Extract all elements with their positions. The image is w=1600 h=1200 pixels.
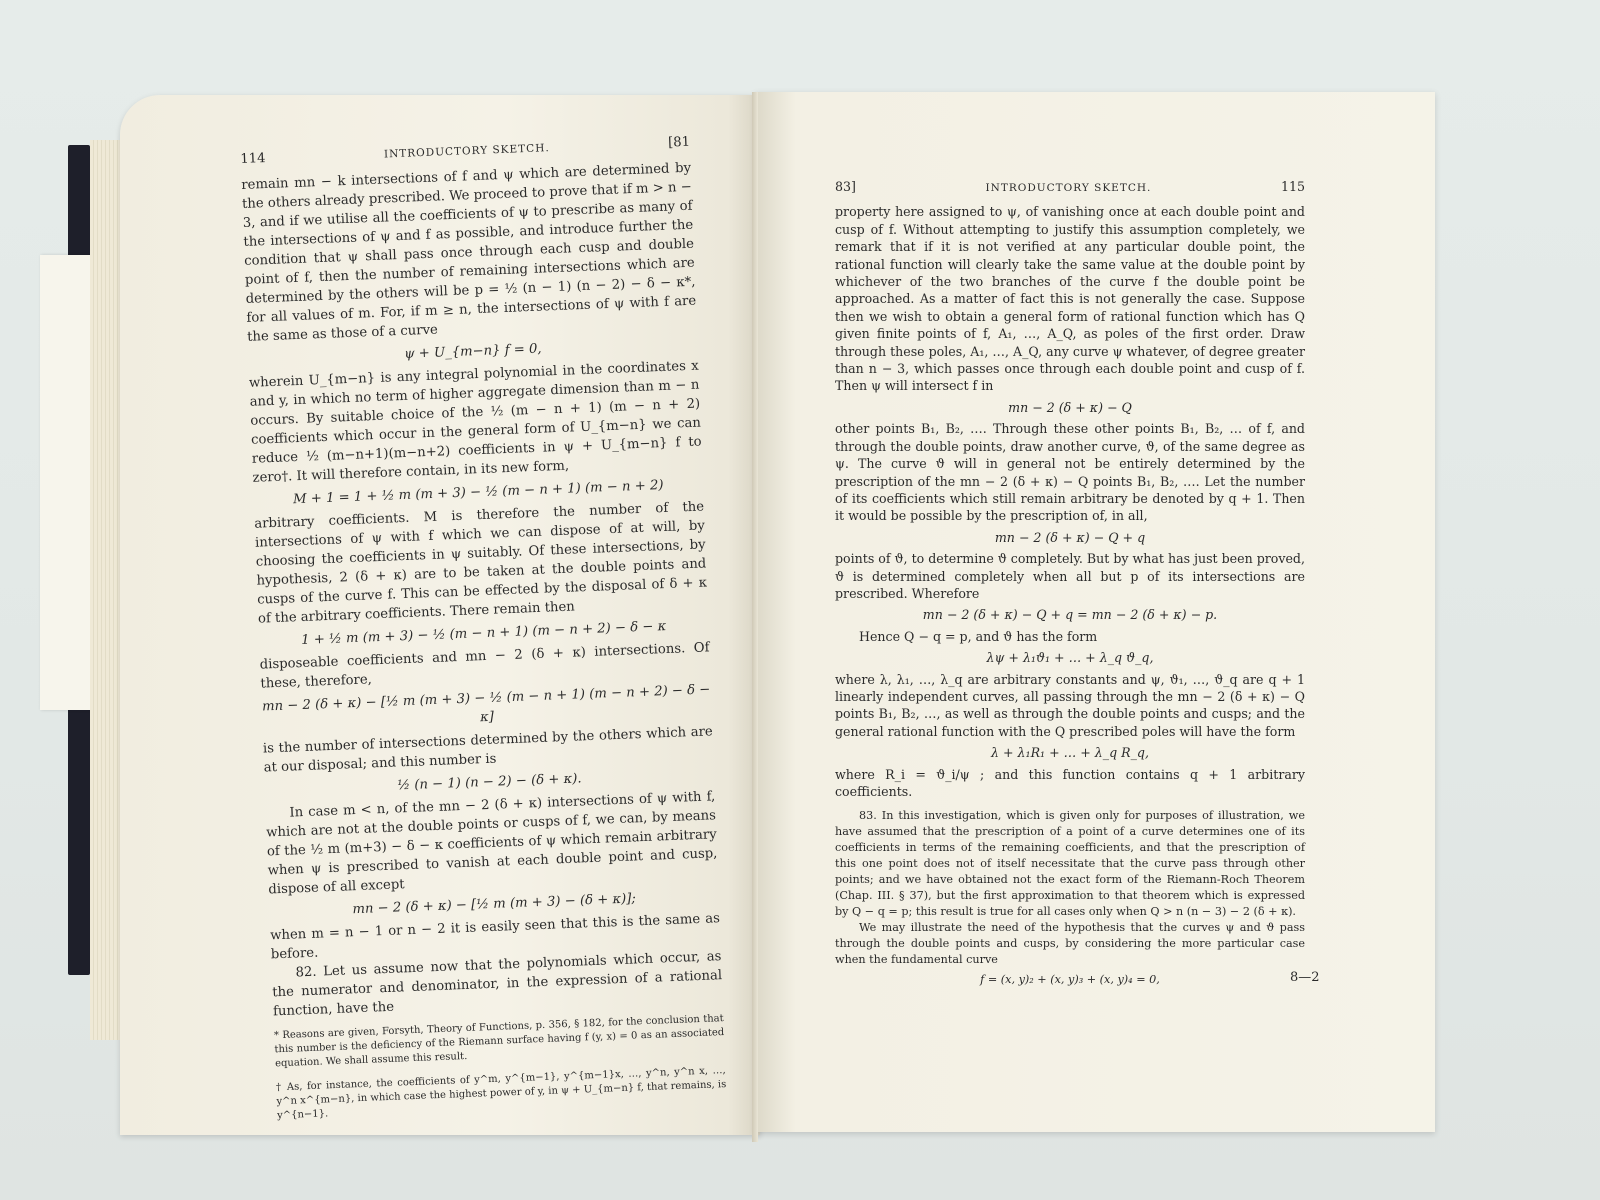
equation: mn − 2 (δ + κ) − Q [835, 399, 1305, 416]
section-ref: 83] [835, 178, 856, 195]
paragraph: We may illustrate the need of the hypoth… [835, 920, 1305, 968]
paragraph: property here assigned to ψ, of vanishin… [835, 203, 1305, 394]
paragraph: wherein U_{m−n} is any integral polynomi… [249, 357, 703, 488]
right-page-text: 83] INTRODUCTORY SKETCH. 115 property he… [835, 178, 1305, 992]
paragraph: arbitrary coefficients. M is therefore t… [254, 497, 708, 628]
footnote: * Reasons are given, Forsyth, Theory of … [274, 1012, 725, 1071]
page-number: 115 [1281, 178, 1305, 195]
left-page-text: 114 INTRODUCTORY SKETCH. [81 remain mn −… [240, 133, 727, 1134]
running-head: INTRODUCTORY SKETCH. [384, 139, 550, 164]
equation: λ + λ₁R₁ + … + λ_q R_q, [835, 744, 1305, 761]
paragraph: remain mn − k intersections of f and ψ w… [241, 159, 697, 347]
paragraph: points of ϑ, to determine ϑ completely. … [835, 550, 1305, 602]
book-gutter [752, 92, 758, 1142]
section-ref: [81 [668, 133, 691, 153]
right-page-header: 83] INTRODUCTORY SKETCH. 115 [835, 178, 1305, 197]
paragraph: where λ, λ₁, …, λ_q are arbitrary consta… [835, 671, 1305, 741]
equation: λψ + λ₁ϑ₁ + … + λ_q ϑ_q, [835, 649, 1305, 666]
equation: mn − 2 (δ + κ) − Q + q [835, 529, 1305, 546]
equation: f = (x, y)₂ + (x, y)₃ + (x, y)₄ = 0, [835, 972, 1305, 988]
running-head: INTRODUCTORY SKETCH. [986, 180, 1152, 197]
signature-mark: 8—2 [1290, 970, 1320, 985]
paragraph: where R_i = ϑ_i/ψ ; and this function co… [835, 766, 1305, 801]
footnote: † As, for instance, the coefficients of … [276, 1064, 727, 1123]
paragraph: In case m < n, of the mn − 2 (δ + κ) int… [265, 787, 718, 899]
page-number: 114 [240, 149, 266, 169]
paragraph: other points B₁, B₂, …. Through these ot… [835, 420, 1305, 524]
paragraph: Hence Q − q = p, and ϑ has the form [835, 628, 1305, 645]
section-83-paragraph: 83. In this investigation, which is give… [835, 808, 1305, 920]
equation: mn − 2 (δ + κ) − Q + q = mn − 2 (δ + κ) … [835, 606, 1305, 623]
